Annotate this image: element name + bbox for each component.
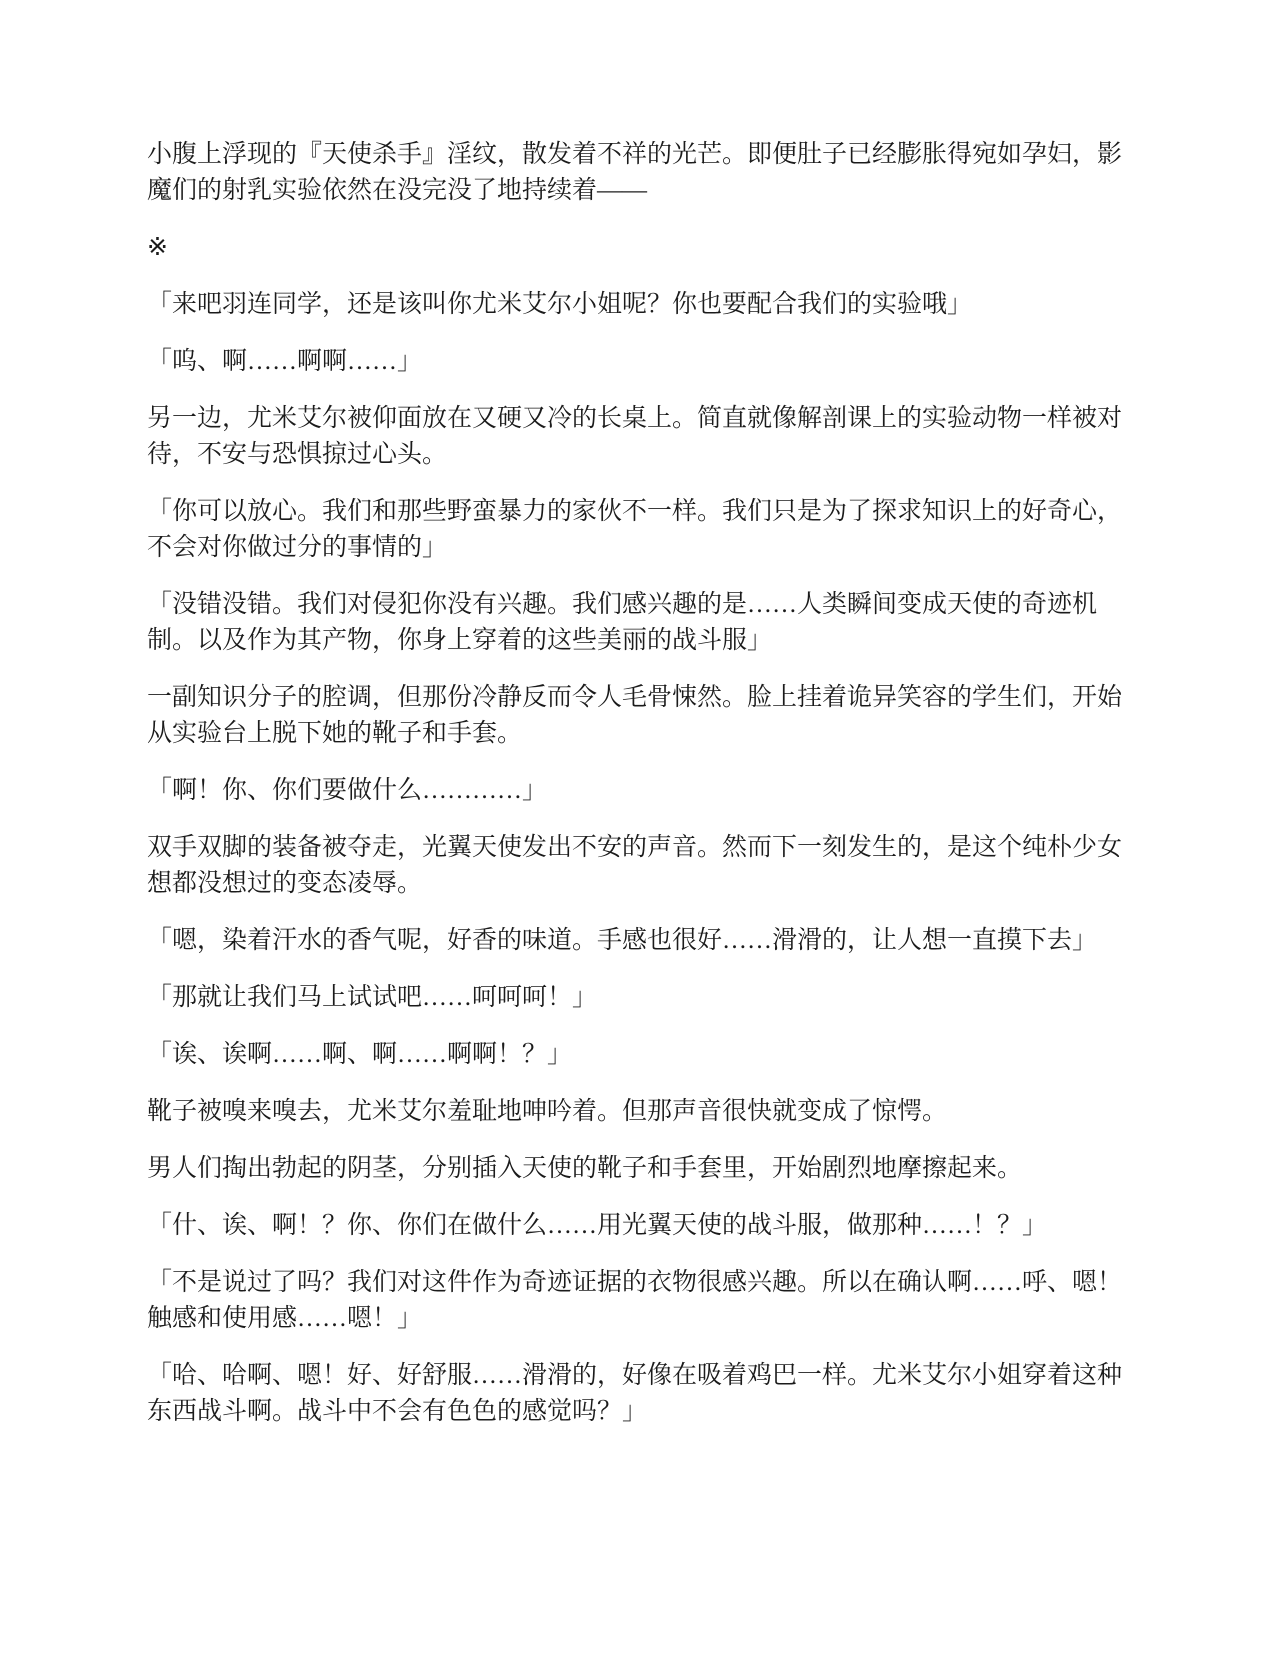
dialogue-paragraph: 「呜、啊……啊啊……」 [147, 344, 1134, 380]
narration-paragraph: 双手双脚的装备被夺走，光翼天使发出不安的声音。然而下一刻发生的，是这个纯朴少女想… [147, 830, 1134, 902]
dialogue-paragraph: 「嗯，染着汗水的香气呢，好香的味道。手感也很好……滑滑的，让人想一直摸下去」 [147, 923, 1134, 959]
narration-paragraph: 一副知识分子的腔调，但那份冷静反而令人毛骨悚然。脸上挂着诡异笑容的学生们，开始从… [147, 680, 1134, 752]
narration-paragraph: 另一边，尤米艾尔被仰面放在又硬又冷的长桌上。简直就像解剖课上的实验动物一样被对待… [147, 401, 1134, 473]
dialogue-paragraph: 「来吧羽连同学，还是该叫你尤米艾尔小姐呢？你也要配合我们的实验哦」 [147, 287, 1134, 323]
dialogue-paragraph: 「哈、哈啊、嗯！好、好舒服……滑滑的，好像在吸着鸡巴一样。尤米艾尔小姐穿着这种东… [147, 1358, 1134, 1430]
document-page: 小腹上浮现的『天使杀手』淫纹，散发着不祥的光芒。即便肚子已经膨胀得宛如孕妇，影魔… [0, 0, 1280, 1656]
page-content: 小腹上浮现的『天使杀手』淫纹，散发着不祥的光芒。即便肚子已经膨胀得宛如孕妇，影魔… [0, 0, 1280, 1430]
dialogue-paragraph: 「啊！你、你们要做什么…………」 [147, 773, 1134, 809]
dialogue-paragraph: 「诶、诶啊……啊、啊……啊啊！？」 [147, 1037, 1134, 1073]
narration-paragraph: 男人们掏出勃起的阴茎，分别插入天使的靴子和手套里，开始剧烈地摩擦起来。 [147, 1151, 1134, 1187]
dialogue-paragraph: 「你可以放心。我们和那些野蛮暴力的家伙不一样。我们只是为了探求知识上的好奇心，不… [147, 494, 1134, 566]
dialogue-paragraph: 「没错没错。我们对侵犯你没有兴趣。我们感兴趣的是……人类瞬间变成天使的奇迹机制。… [147, 587, 1134, 659]
narration-paragraph: 靴子被嗅来嗅去，尤米艾尔羞耻地呻吟着。但那声音很快就变成了惊愕。 [147, 1094, 1134, 1130]
dialogue-paragraph: 「什、诶、啊！？你、你们在做什么……用光翼天使的战斗服，做那种……！？」 [147, 1208, 1134, 1244]
narration-paragraph: 小腹上浮现的『天使杀手』淫纹，散发着不祥的光芒。即便肚子已经膨胀得宛如孕妇，影魔… [147, 137, 1134, 209]
dialogue-paragraph: 「不是说过了吗？我们对这件作为奇迹证据的衣物很感兴趣。所以在确认啊……呼、嗯！触… [147, 1265, 1134, 1337]
section-separator: ※ [147, 230, 1134, 266]
dialogue-paragraph: 「那就让我们马上试试吧……呵呵呵！」 [147, 980, 1134, 1016]
